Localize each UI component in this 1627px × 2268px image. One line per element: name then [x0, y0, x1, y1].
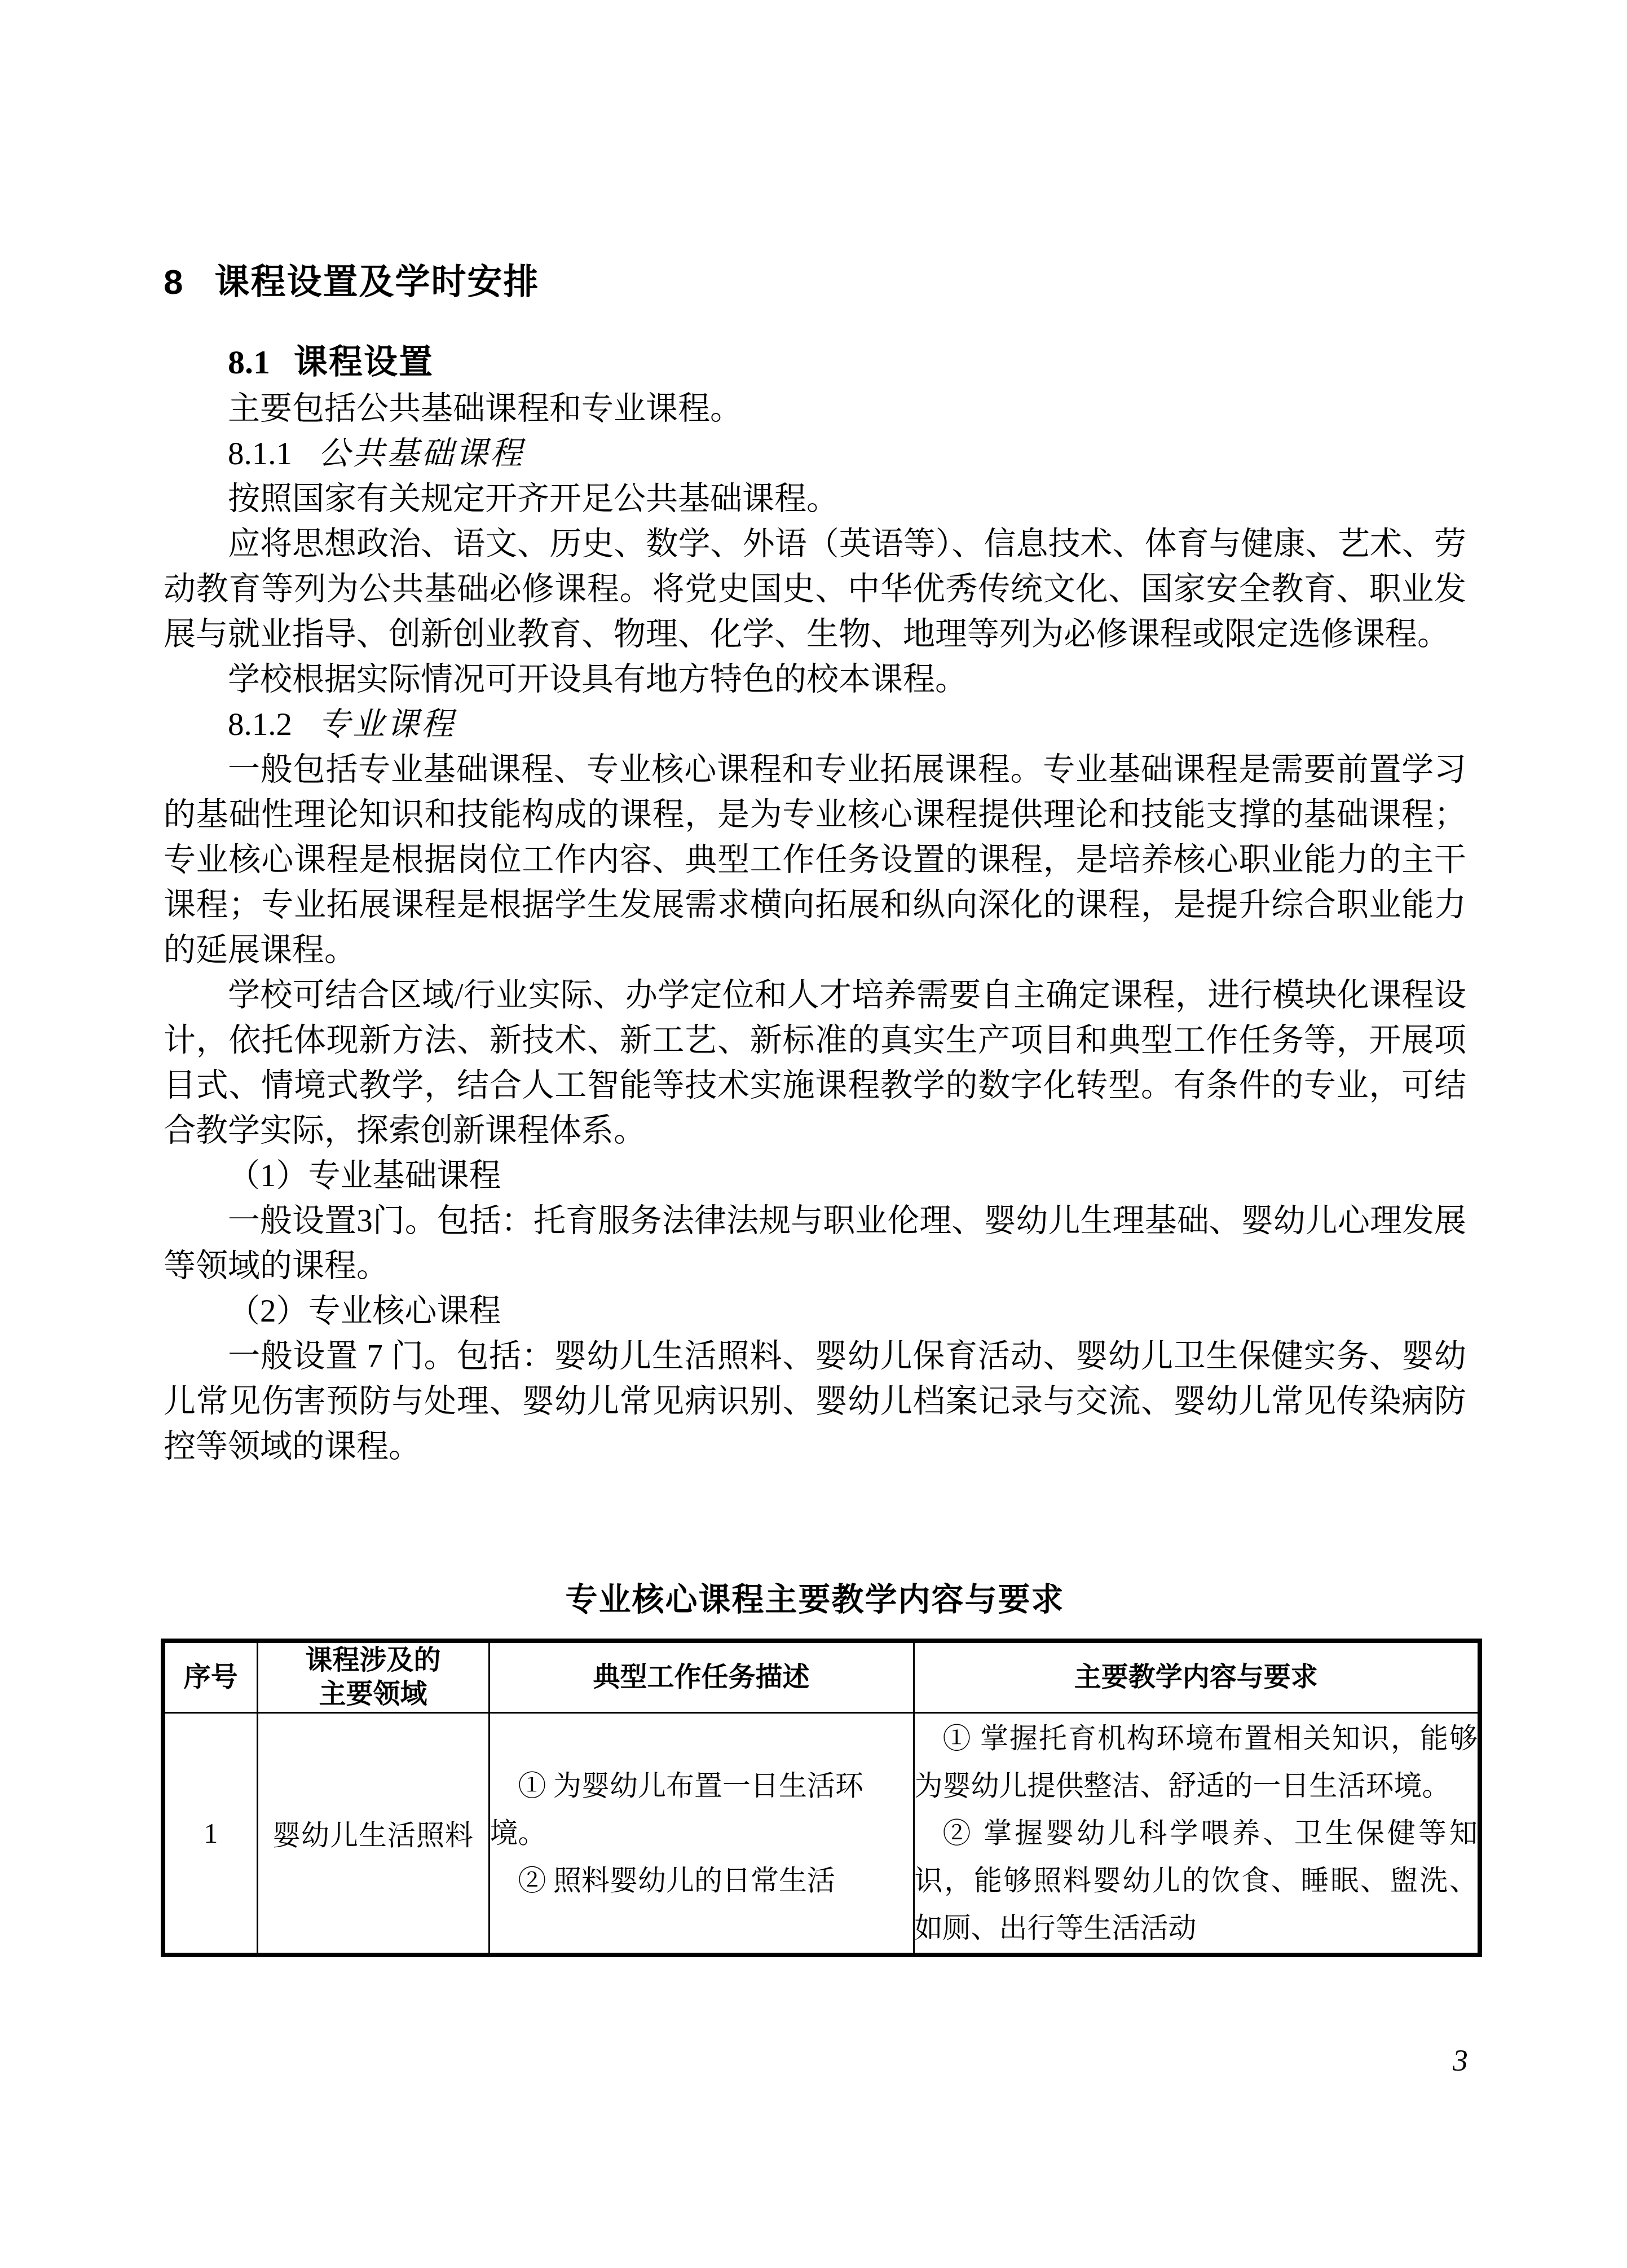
task-item-1: ① 为婴幼儿布置一日生活环境。	[490, 1762, 913, 1857]
item-2-body: 一般设置 7 门。包括：婴幼儿生活照料、婴幼儿保育活动、婴幼儿卫生保健实务、婴幼…	[164, 1334, 1466, 1469]
table-header-tasks: 典型工作任务描述	[489, 1641, 914, 1713]
public-basic-paragraph-3: 学校根据实际情况可开设具有地方特色的校本课程。	[164, 657, 1466, 702]
requirement-item-1: ① 掌握托育机构环境布置相关知识，能够为婴幼儿提供整洁、舒适的一日生活环境。	[915, 1715, 1478, 1809]
section-8-1-2-title: 专业课程	[318, 707, 456, 742]
document-page: 8课程设置及学时安排 8.1课程设置 主要包括公共基础课程和专业课程。 8.1.…	[0, 0, 1627, 2268]
public-basic-paragraph-2: 应将思想政治、语文、历史、数学、外语（英语等）、信息技术、体育与健康、艺术、劳动…	[164, 522, 1466, 657]
public-basic-paragraph-1: 按照国家有关规定开齐开足公共基础课程。	[164, 477, 1466, 522]
table-header-domain: 课程涉及的主要领域	[257, 1641, 489, 1713]
row-requirements-cell: ① 掌握托育机构环境布置相关知识，能够为婴幼儿提供整洁、舒适的一日生活环境。 ②…	[914, 1713, 1480, 1956]
task-item-2: ② 照料婴幼儿的日常生活	[490, 1857, 913, 1904]
requirement-item-2: ② 掌握婴幼儿科学喂养、卫生保健等知识，能够照料婴幼儿的饮食、睡眠、盥洗、如厕、…	[915, 1809, 1478, 1952]
row-domain-cell: 婴幼儿生活照料	[257, 1713, 489, 1956]
section-8-1-2-number: 8.1.2	[228, 707, 292, 742]
table-row: 1 婴幼儿生活照料 ① 为婴幼儿布置一日生活环境。 ② 照料婴幼儿的日常生活 ①…	[163, 1713, 1480, 1956]
table-title: 专业核心课程主要教学内容与要求	[164, 1574, 1466, 1625]
section-8-1-1-title: 公共基础课程	[318, 436, 524, 472]
table-header-row: 序号 课程涉及的主要领域 典型工作任务描述 主要教学内容与要求	[163, 1641, 1480, 1713]
table-header-requirements: 主要教学内容与要求	[914, 1641, 1480, 1713]
section-8-1-2-heading: 8.1.2专业课程	[164, 702, 1466, 747]
row-index-cell: 1	[163, 1713, 257, 1956]
section-8-1-1-heading: 8.1.1公共基础课程	[164, 431, 1466, 477]
item-1-heading: （1）专业基础课程	[164, 1153, 1466, 1199]
chapter-heading: 8课程设置及学时安排	[164, 257, 1466, 309]
chapter-number: 8	[164, 263, 183, 302]
item-1-body: 一般设置3门。包括：托育服务法律法规与职业伦理、婴幼儿生理基础、婴幼儿心理发展等…	[164, 1199, 1466, 1289]
item-2-heading: （2）专业核心课程	[164, 1289, 1466, 1334]
core-courses-table: 序号 课程涉及的主要领域 典型工作任务描述 主要教学内容与要求 1 婴幼儿生活照…	[161, 1639, 1482, 1957]
page-number: 3	[1453, 2041, 1468, 2080]
professional-courses-paragraph-2: 学校可结合区域/行业实际、办学定位和人才培养需要自主确定课程，进行模块化课程设计…	[164, 973, 1466, 1153]
intro-paragraph: 主要包括公共基础课程和专业课程。	[164, 386, 1466, 431]
section-8-1-1-number: 8.1.1	[228, 436, 292, 472]
section-8-1-number: 8.1	[228, 343, 270, 381]
table-header-index: 序号	[163, 1641, 257, 1713]
professional-courses-paragraph-1: 一般包括专业基础课程、专业核心课程和专业拓展课程。专业基础课程是需要前置学习的基…	[164, 747, 1466, 973]
row-tasks-cell: ① 为婴幼儿布置一日生活环境。 ② 照料婴幼儿的日常生活	[489, 1713, 914, 1956]
document-content: 8课程设置及学时安排 8.1课程设置 主要包括公共基础课程和专业课程。 8.1.…	[164, 257, 1466, 1957]
section-8-1-title: 课程设置	[294, 343, 434, 381]
section-8-1-heading: 8.1课程设置	[164, 338, 1466, 386]
chapter-title: 课程设置及学时安排	[214, 263, 539, 302]
